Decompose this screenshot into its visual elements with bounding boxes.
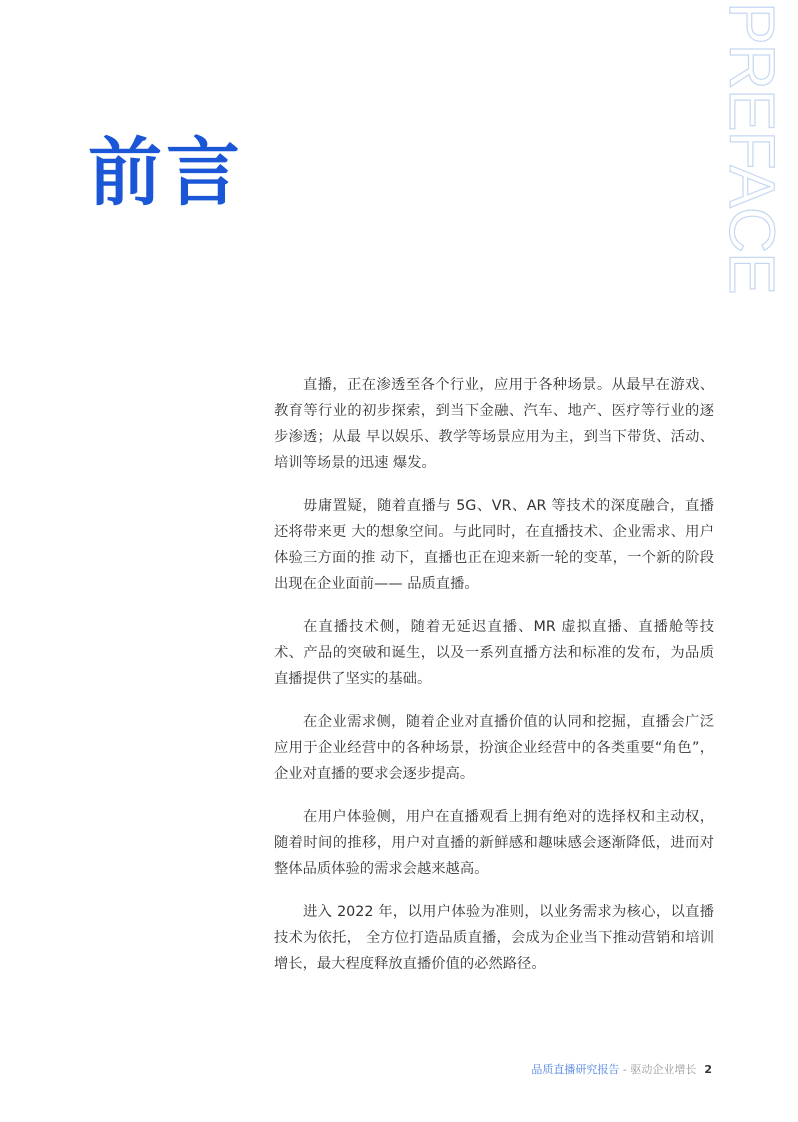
paragraph-4: 在企业需求侧，随着企业对直播价值的认同和挖掘，直播会广泛应用于企业经营中的各种场… bbox=[274, 709, 714, 787]
watermark-text: PREFACE bbox=[718, 2, 788, 294]
footer-separator: - bbox=[619, 1063, 630, 1076]
page-number: 2 bbox=[704, 1063, 712, 1076]
paragraph-1: 直播，正在渗透至各个行业，应用于各种场景。从最早在游戏、教育等行业的初步探索，到… bbox=[274, 372, 714, 476]
page-title: 前言 bbox=[88, 136, 244, 210]
paragraph-6: 进入 2022 年，以用户体验为准则，以业务需求为核心，以直播技术为依托， 全方… bbox=[274, 899, 714, 977]
preface-body: 直播，正在渗透至各个行业，应用于各种场景。从最早在游戏、教育等行业的初步探索，到… bbox=[274, 372, 714, 994]
preface-watermark: PREFACE bbox=[718, 2, 788, 302]
footer-subtitle: 驱动企业增长 bbox=[630, 1063, 696, 1076]
page-footer: 品质直播研究报告 - 驱动企业增长2 bbox=[531, 1063, 712, 1077]
paragraph-3: 在直播技术侧，随着无延迟直播、MR 虚拟直播、直播舱等技术、产品的突破和诞生，以… bbox=[274, 614, 714, 692]
footer-report-title: 品质直播研究报告 bbox=[531, 1063, 619, 1076]
paragraph-5: 在用户体验侧，用户在直播观看上拥有绝对的选择权和主动权，随着时间的推移，用户对直… bbox=[274, 804, 714, 882]
paragraph-2: 毋庸置疑，随着直播与 5G、VR、AR 等技术的深度融合，直播还将带来更 大的想… bbox=[274, 493, 714, 597]
